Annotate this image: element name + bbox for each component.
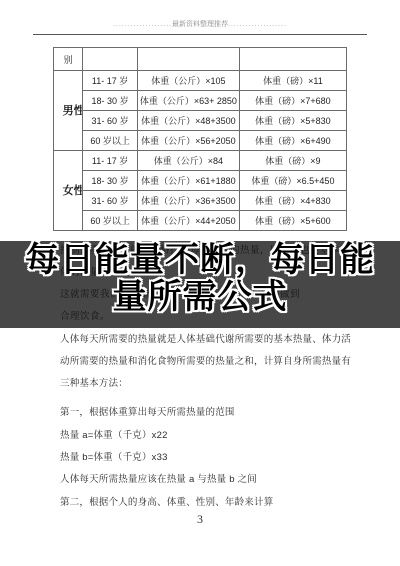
- formula-a-line: 热量 a=体重（千克）x22: [60, 427, 168, 441]
- energy-formula-table: 别 男性 11- 17 岁 体重（公斤）×105 体重（磅）×11 18- 30…: [53, 47, 347, 231]
- age-cell: 60 岁以上: [83, 131, 138, 151]
- table-row: 60 岁以上 体重（公斤）×56+2050 体重（磅）×6+490: [54, 131, 347, 151]
- kg-formula-cell: 体重（公斤）×56+2050: [137, 131, 239, 151]
- age-cell: 18- 30 岁: [83, 171, 138, 191]
- kg-formula-cell: 体重（公斤）×44+2050: [137, 211, 239, 231]
- lb-formula-cell: 体重（磅）×7+680: [239, 91, 346, 111]
- empty-header-cell: [239, 48, 346, 71]
- header-dots-right: ....................: [228, 21, 287, 28]
- body-text-line: 人体每天所需热量应该在热量 a 与热量 b 之间: [60, 471, 257, 485]
- table-row: 60 岁以上 体重（公斤）×44+2050 体重（磅）×5+600: [54, 211, 347, 231]
- empty-header-cell: [83, 48, 138, 71]
- empty-header-cell: [137, 48, 239, 71]
- body-text-line: 第二，根据个人的身高、体重、性别、年龄来计算: [60, 494, 273, 508]
- lb-formula-cell: 体重（磅）×4+830: [239, 191, 346, 211]
- gender-cell-female: 女性: [54, 151, 83, 231]
- gender-label-female: 女性: [63, 179, 74, 203]
- table-row: 男性 11- 17 岁 体重（公斤）×105 体重（磅）×11: [54, 71, 347, 91]
- document-page: ....................最新资料整理推荐............…: [0, 0, 400, 566]
- header-dots-left: ....................: [113, 21, 172, 28]
- lb-formula-cell: 体重（磅）×6+490: [239, 131, 346, 151]
- kg-formula-cell: 体重（公斤）×105: [137, 71, 239, 91]
- table-header-row: 别: [54, 48, 347, 71]
- age-cell: 31- 60 岁: [83, 111, 138, 131]
- lb-formula-cell: 体重（磅）×5+830: [239, 111, 346, 131]
- banner-title-line2: 量所需公式: [0, 279, 400, 316]
- age-cell: 18- 30 岁: [83, 91, 138, 111]
- lb-formula-cell: 体重（磅）×5+600: [239, 211, 346, 231]
- gender-label-male: 男性: [63, 99, 74, 123]
- age-cell: 11- 17 岁: [83, 71, 138, 91]
- kg-formula-cell: 体重（公斤）×36+3500: [137, 191, 239, 211]
- page-number: 3: [0, 512, 400, 527]
- page-header: ....................最新资料整理推荐............…: [33, 19, 367, 35]
- header-title: 最新资料整理推荐: [172, 21, 228, 28]
- table-row: 18- 30 岁 体重（公斤）×63+ 2850 体重（磅）×7+680: [54, 91, 347, 111]
- banner-title-line1: 每日能量不断，每日能: [0, 242, 400, 279]
- table-row: 31- 60 岁 体重（公斤）×36+3500 体重（磅）×4+830: [54, 191, 347, 211]
- kg-formula-cell: 体重（公斤）×61+1880: [137, 171, 239, 191]
- title-banner-overlay: 控制体重增长，就要严格控制每天摄入的热量，同时，也要基本满足 体的能量需求。 这…: [0, 241, 400, 328]
- age-cell: 31- 60 岁: [83, 191, 138, 211]
- formula-b-line: 热量 b=体重（千克）x33: [60, 449, 168, 463]
- kg-formula-cell: 体重（公斤）×84: [137, 151, 239, 171]
- banner-title: 每日能量不断，每日能 量所需公式: [0, 242, 400, 316]
- lb-formula-cell: 体重（磅）×6.5+450: [239, 171, 346, 191]
- table-row: 18- 30 岁 体重（公斤）×61+1880 体重（磅）×6.5+450: [54, 171, 347, 191]
- table-row: 31- 60 岁 体重（公斤）×48+3500 体重（磅）×5+830: [54, 111, 347, 131]
- kg-formula-cell: 体重（公斤）×63+ 2850: [137, 91, 239, 111]
- age-cell: 11- 17 岁: [83, 151, 138, 171]
- lb-formula-cell: 体重（磅）×9: [239, 151, 346, 171]
- kg-formula-cell: 体重（公斤）×48+3500: [137, 111, 239, 131]
- corner-cell: 别: [54, 48, 83, 71]
- gender-cell-male: 男性: [54, 71, 83, 151]
- body-text-line: 动所需要的热量和消化食物所需要的热量之和，计算自身所需热量有: [60, 353, 351, 367]
- lb-formula-cell: 体重（磅）×11: [239, 71, 346, 91]
- age-cell: 60 岁以上: [83, 211, 138, 231]
- table-row: 女性 11- 17 岁 体重（公斤）×84 体重（磅）×9: [54, 151, 347, 171]
- body-text-line: 三种基本方法：: [60, 375, 128, 389]
- body-text-line: 人体每天所需要的热量就是人体基础代谢所需要的基本热量、体力活: [60, 331, 351, 345]
- body-text-line: 第一，根据体重算出每天所需热量的范围: [60, 404, 235, 418]
